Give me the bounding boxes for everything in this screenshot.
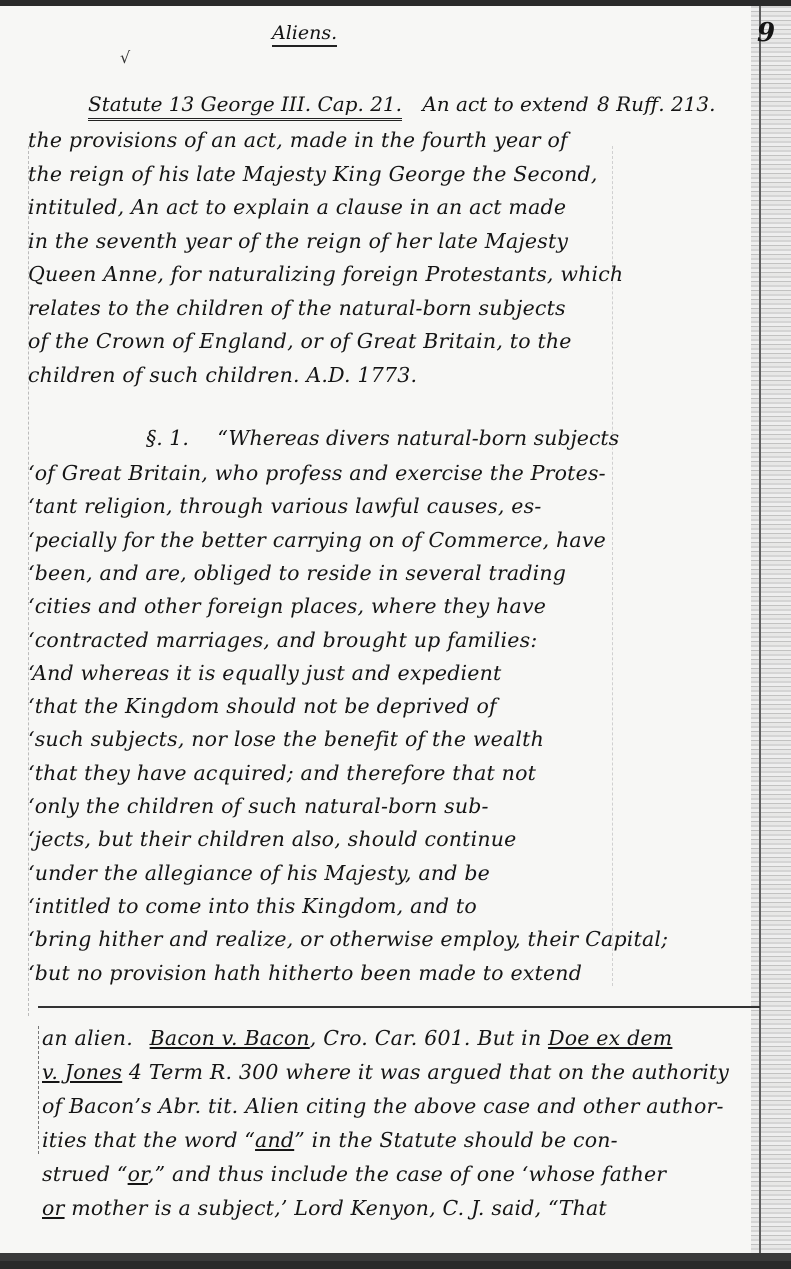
manuscript-page: Aliens. 9 √ Statute 13 George III. Cap. …	[0, 6, 791, 1261]
section-label: §. 1.	[146, 426, 189, 450]
footnote-line-5: strued “or,” and thus include the case o…	[42, 1162, 666, 1186]
section-line: ‘pecially for the better carrying on of …	[28, 528, 606, 552]
section-line: ‘that the Kingdom should not be deprived…	[28, 694, 497, 718]
footnote-text: strued “	[42, 1162, 128, 1186]
footnote-line-4: ities that the word “and” in the Statute…	[42, 1128, 618, 1152]
footnote-text: an alien.	[42, 1026, 133, 1050]
section-line: ‘that they have acquired; and therefore …	[28, 761, 536, 785]
case-citation-doe-cont: v. Jones	[42, 1060, 122, 1084]
footnote-text: ,” and thus include the case of one ‘who…	[148, 1162, 666, 1186]
section-line: ‘tant religion, through various lawful c…	[28, 494, 541, 518]
page-binding-edge	[751, 6, 791, 1261]
section-line: ‘jects, but their children also, should …	[28, 827, 516, 851]
check-mark-icon: √	[120, 48, 130, 67]
footnote-line-1: an alien. Bacon v. Bacon, Cro. Car. 601.…	[42, 1026, 672, 1050]
footnote-text: ” in the Statute should be con-	[294, 1128, 618, 1152]
scan-shadow	[0, 1253, 791, 1261]
emphasized-word: or	[128, 1162, 148, 1186]
page-number: 9	[757, 18, 775, 48]
section-line: ‘cities and other foreign places, where …	[28, 594, 546, 618]
section-line: ‘of Great Britain, who profess and exerc…	[28, 461, 606, 485]
section-line: ‘but no provision hath hitherto been mad…	[28, 961, 582, 985]
intro-line: in the seventh year of the reign of her …	[28, 229, 568, 253]
case-citation-doe: Doe ex dem	[548, 1026, 672, 1050]
case-citation-bacon: Bacon v. Bacon	[150, 1026, 310, 1050]
section-line: ‘contracted marriages, and brought up fa…	[28, 628, 537, 652]
section-line: ‘intitled to come into this Kingdom, and…	[28, 894, 477, 918]
marginal-reference: 8 Ruff. 213.	[597, 92, 715, 116]
emphasized-word: and	[255, 1128, 294, 1152]
emphasized-word: or	[42, 1196, 65, 1220]
section-heading-line: §. 1. “Whereas divers natural-born subje…	[28, 426, 619, 450]
statute-heading: Statute 13 George III. Cap. 21. An act t…	[88, 92, 715, 116]
section-line: ‘bring hither and realize, or otherwise …	[28, 927, 668, 951]
intro-line: Queen Anne, for naturalizing foreign Pro…	[28, 262, 623, 286]
footnote-text: 4 Term R. 300 where it was argued that o…	[122, 1060, 729, 1084]
footnote-text: , Cro. Car. 601. But in	[310, 1026, 542, 1050]
intro-line: intituled, An act to explain a clause in…	[28, 195, 566, 219]
footnote-text: mother is a subject,’ Lord Kenyon, C. J.…	[65, 1196, 607, 1220]
footnote-line-6: or mother is a subject,’ Lord Kenyon, C.…	[42, 1196, 607, 1220]
section-line: ‘under the allegiance of his Majesty, an…	[28, 861, 490, 885]
section-first-line: “Whereas divers natural-born subjects	[217, 426, 619, 450]
footnote-divider	[38, 1006, 760, 1008]
footnote-line-2: v. Jones 4 Term R. 300 where it was argu…	[42, 1060, 729, 1084]
section-line: ‘been, and are, obliged to reside in sev…	[28, 561, 566, 585]
intro-line: relates to the children of the natural-b…	[28, 296, 566, 320]
section-line: ‘And whereas it is equally just and expe…	[28, 661, 501, 685]
page-title: Aliens.	[272, 22, 337, 47]
statute-title-start: An act to extend	[422, 92, 588, 116]
footnote-margin-guide	[38, 1026, 39, 1154]
statute-citation: Statute 13 George III. Cap. 21.	[88, 92, 402, 121]
section-line: ‘such subjects, nor lose the benefit of …	[28, 727, 544, 751]
intro-line: the reign of his late Majesty King Georg…	[28, 162, 598, 186]
footnote-line-3: of Bacon’s Abr. tit. Alien citing the ab…	[42, 1094, 724, 1118]
footnote-text: ities that the word “	[42, 1128, 255, 1152]
intro-line: the provisions of an act, made in the fo…	[28, 128, 568, 152]
intro-line: of the Crown of England, or of Great Bri…	[28, 329, 572, 353]
section-line: ‘only the children of such natural-born …	[28, 794, 489, 818]
intro-line: children of such children. A.D. 1773.	[28, 363, 417, 387]
